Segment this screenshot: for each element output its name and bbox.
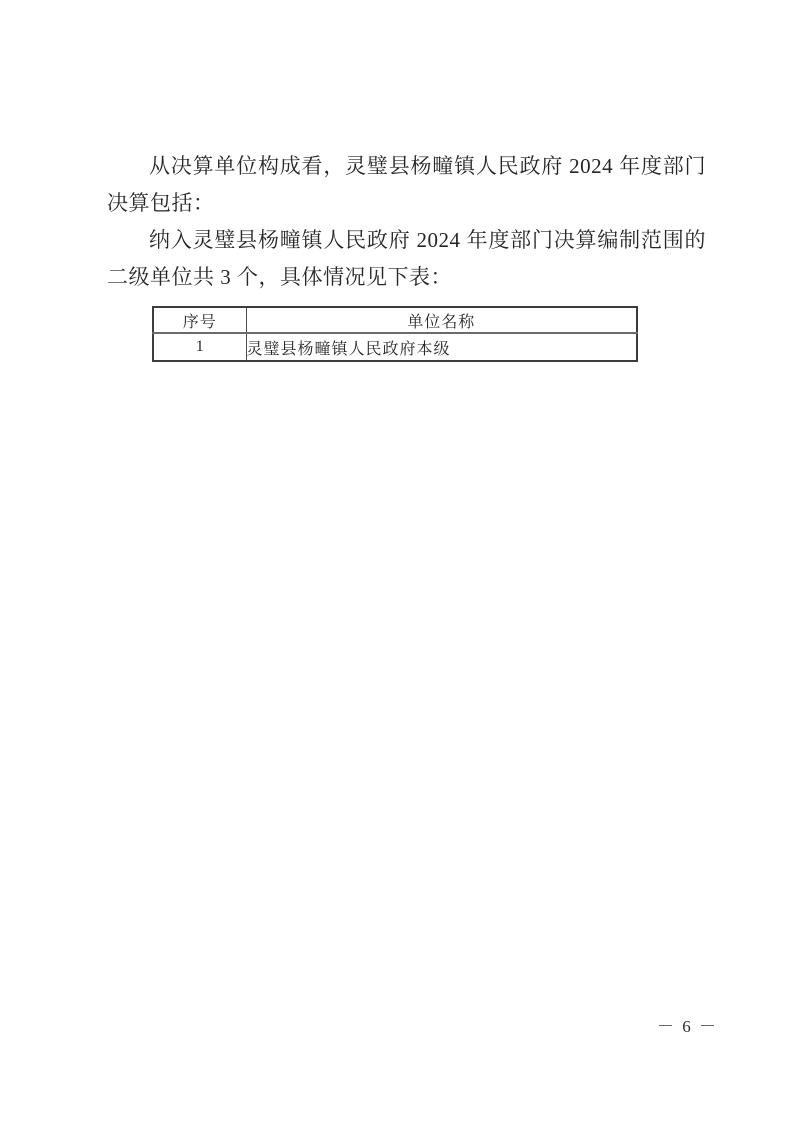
paragraph-scope: 纳入灵璧县杨疃镇人民政府 2024 年度部门决算编制范围的二级单位共 3 个，具…: [107, 222, 706, 296]
table-row: 1 灵璧县杨疃镇人民政府本级: [153, 333, 637, 361]
paragraph-intro: 从决算单位构成看，灵璧县杨疃镇人民政府 2024 年度部门决算包括：: [107, 148, 706, 222]
cell-seq: 1: [153, 333, 246, 361]
cell-unit-name: 灵璧县杨疃镇人民政府本级: [246, 333, 637, 361]
page-number: － 6 －: [637, 1012, 738, 1037]
table-header-unit-name: 单位名称: [246, 307, 637, 333]
units-table: 序号 单位名称 1 灵璧县杨疃镇人民政府本级: [152, 306, 638, 362]
document-body: 从决算单位构成看，灵璧县杨疃镇人民政府 2024 年度部门决算包括： 纳入灵璧县…: [107, 148, 706, 362]
table-header-row: 序号 单位名称: [153, 307, 637, 333]
table-header-seq: 序号: [153, 307, 246, 333]
document-page: 从决算单位构成看，灵璧县杨疃镇人民政府 2024 年度部门决算包括： 纳入灵璧县…: [0, 0, 793, 1122]
